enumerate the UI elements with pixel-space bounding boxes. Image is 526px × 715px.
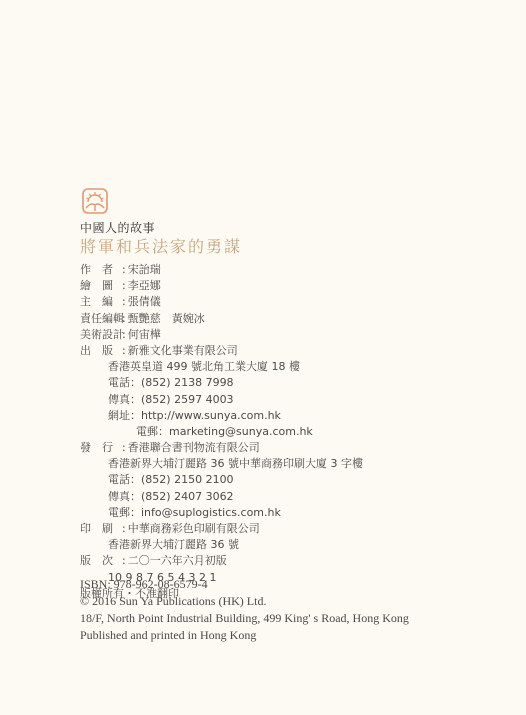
distributor-name: 香港聯合書刊物流有限公司 — [128, 441, 260, 454]
distributor-address: 香港新界大埔汀麗路 36 號中華商務印刷大廈 3 字樓 — [80, 456, 363, 472]
publisher-name-row: 出 版:新雅文化事業有限公司 — [80, 343, 363, 359]
english-imprint: ISBN: 978-962-08-6579-4 © 2016 Sun Ya Pu… — [80, 576, 409, 644]
credit-label: 發 行 — [80, 440, 120, 456]
credit-label: 出 版 — [80, 343, 120, 359]
isbn: ISBN: 978-962-08-6579-4 — [80, 576, 409, 593]
distributor-name-row: 發 行:香港聯合書刊物流有限公司 — [80, 440, 363, 456]
credit-author: 作 者:宋詒瑞 — [80, 262, 363, 278]
credit-value: 張倩儀 — [128, 295, 161, 308]
printer-name: 中華商務彩色印刷有限公司 — [128, 522, 260, 535]
publisher-fax: 傳真：(852) 2597 4003 — [80, 392, 363, 408]
credit-label: 作 者 — [80, 262, 120, 278]
credit-value: 何宙樺 — [128, 328, 161, 341]
credit-illustrator: 繪 圖:李亞娜 — [80, 278, 363, 294]
distributor-fax: 傳真：(852) 2407 3062 — [80, 489, 363, 505]
printer-name-row: 印 刷:中華商務彩色印刷有限公司 — [80, 521, 363, 537]
sun-ya-sunrise-logo-icon — [82, 188, 108, 214]
printed-in: Published and printed in Hong Kong — [80, 627, 409, 644]
edition-value: 二〇一六年六月初版 — [128, 554, 227, 567]
publisher-name: 新雅文化事業有限公司 — [128, 344, 238, 357]
credit-value: 宋詒瑞 — [128, 263, 161, 276]
distributor-tel: 電話：(852) 2150 2100 — [80, 472, 363, 488]
edition-row: 版 次:二〇一六年六月初版 — [80, 553, 363, 569]
credit-editors: 責任編輯:甄艷慈 黃婉冰 — [80, 311, 363, 327]
credit-label: 印 刷 — [80, 521, 120, 537]
publisher-tel: 電話：(852) 2138 7998 — [80, 375, 363, 391]
credit-label: 責任編輯 — [80, 311, 120, 327]
credit-label: 主 編 — [80, 294, 120, 310]
english-address: 18/F, North Point Industrial Building, 4… — [80, 610, 409, 627]
credit-label: 美術設計 — [80, 327, 120, 343]
credit-label: 版 次 — [80, 553, 120, 569]
credits-block: 作 者:宋詒瑞 繪 圖:李亞娜 主 編:張倩儀 責任編輯:甄艷慈 黃婉冰 美術設… — [80, 262, 363, 602]
publisher-email: 電郵：marketing@sunya.com.hk — [80, 424, 363, 440]
credit-value: 李亞娜 — [128, 279, 161, 292]
credit-art-design: 美術設計:何宙樺 — [80, 327, 363, 343]
credit-label: 繪 圖 — [80, 278, 120, 294]
printer-address: 香港新界大埔汀麗路 36 號 — [80, 537, 363, 553]
publisher-web: 網址：http://www.sunya.com.hk — [80, 408, 363, 424]
copyright: © 2016 Sun Ya Publications (HK) Ltd. — [80, 593, 409, 610]
publisher-address: 香港英皇道 499 號北角工業大廈 18 樓 — [80, 359, 363, 375]
book-title: 將軍和兵法家的勇謀 — [80, 234, 242, 257]
credit-chief-editor: 主 編:張倩儀 — [80, 294, 363, 310]
distributor-email: 電郵：info@suplogistics.com.hk — [80, 505, 363, 521]
credit-value: 甄艷慈 黃婉冰 — [128, 312, 205, 325]
